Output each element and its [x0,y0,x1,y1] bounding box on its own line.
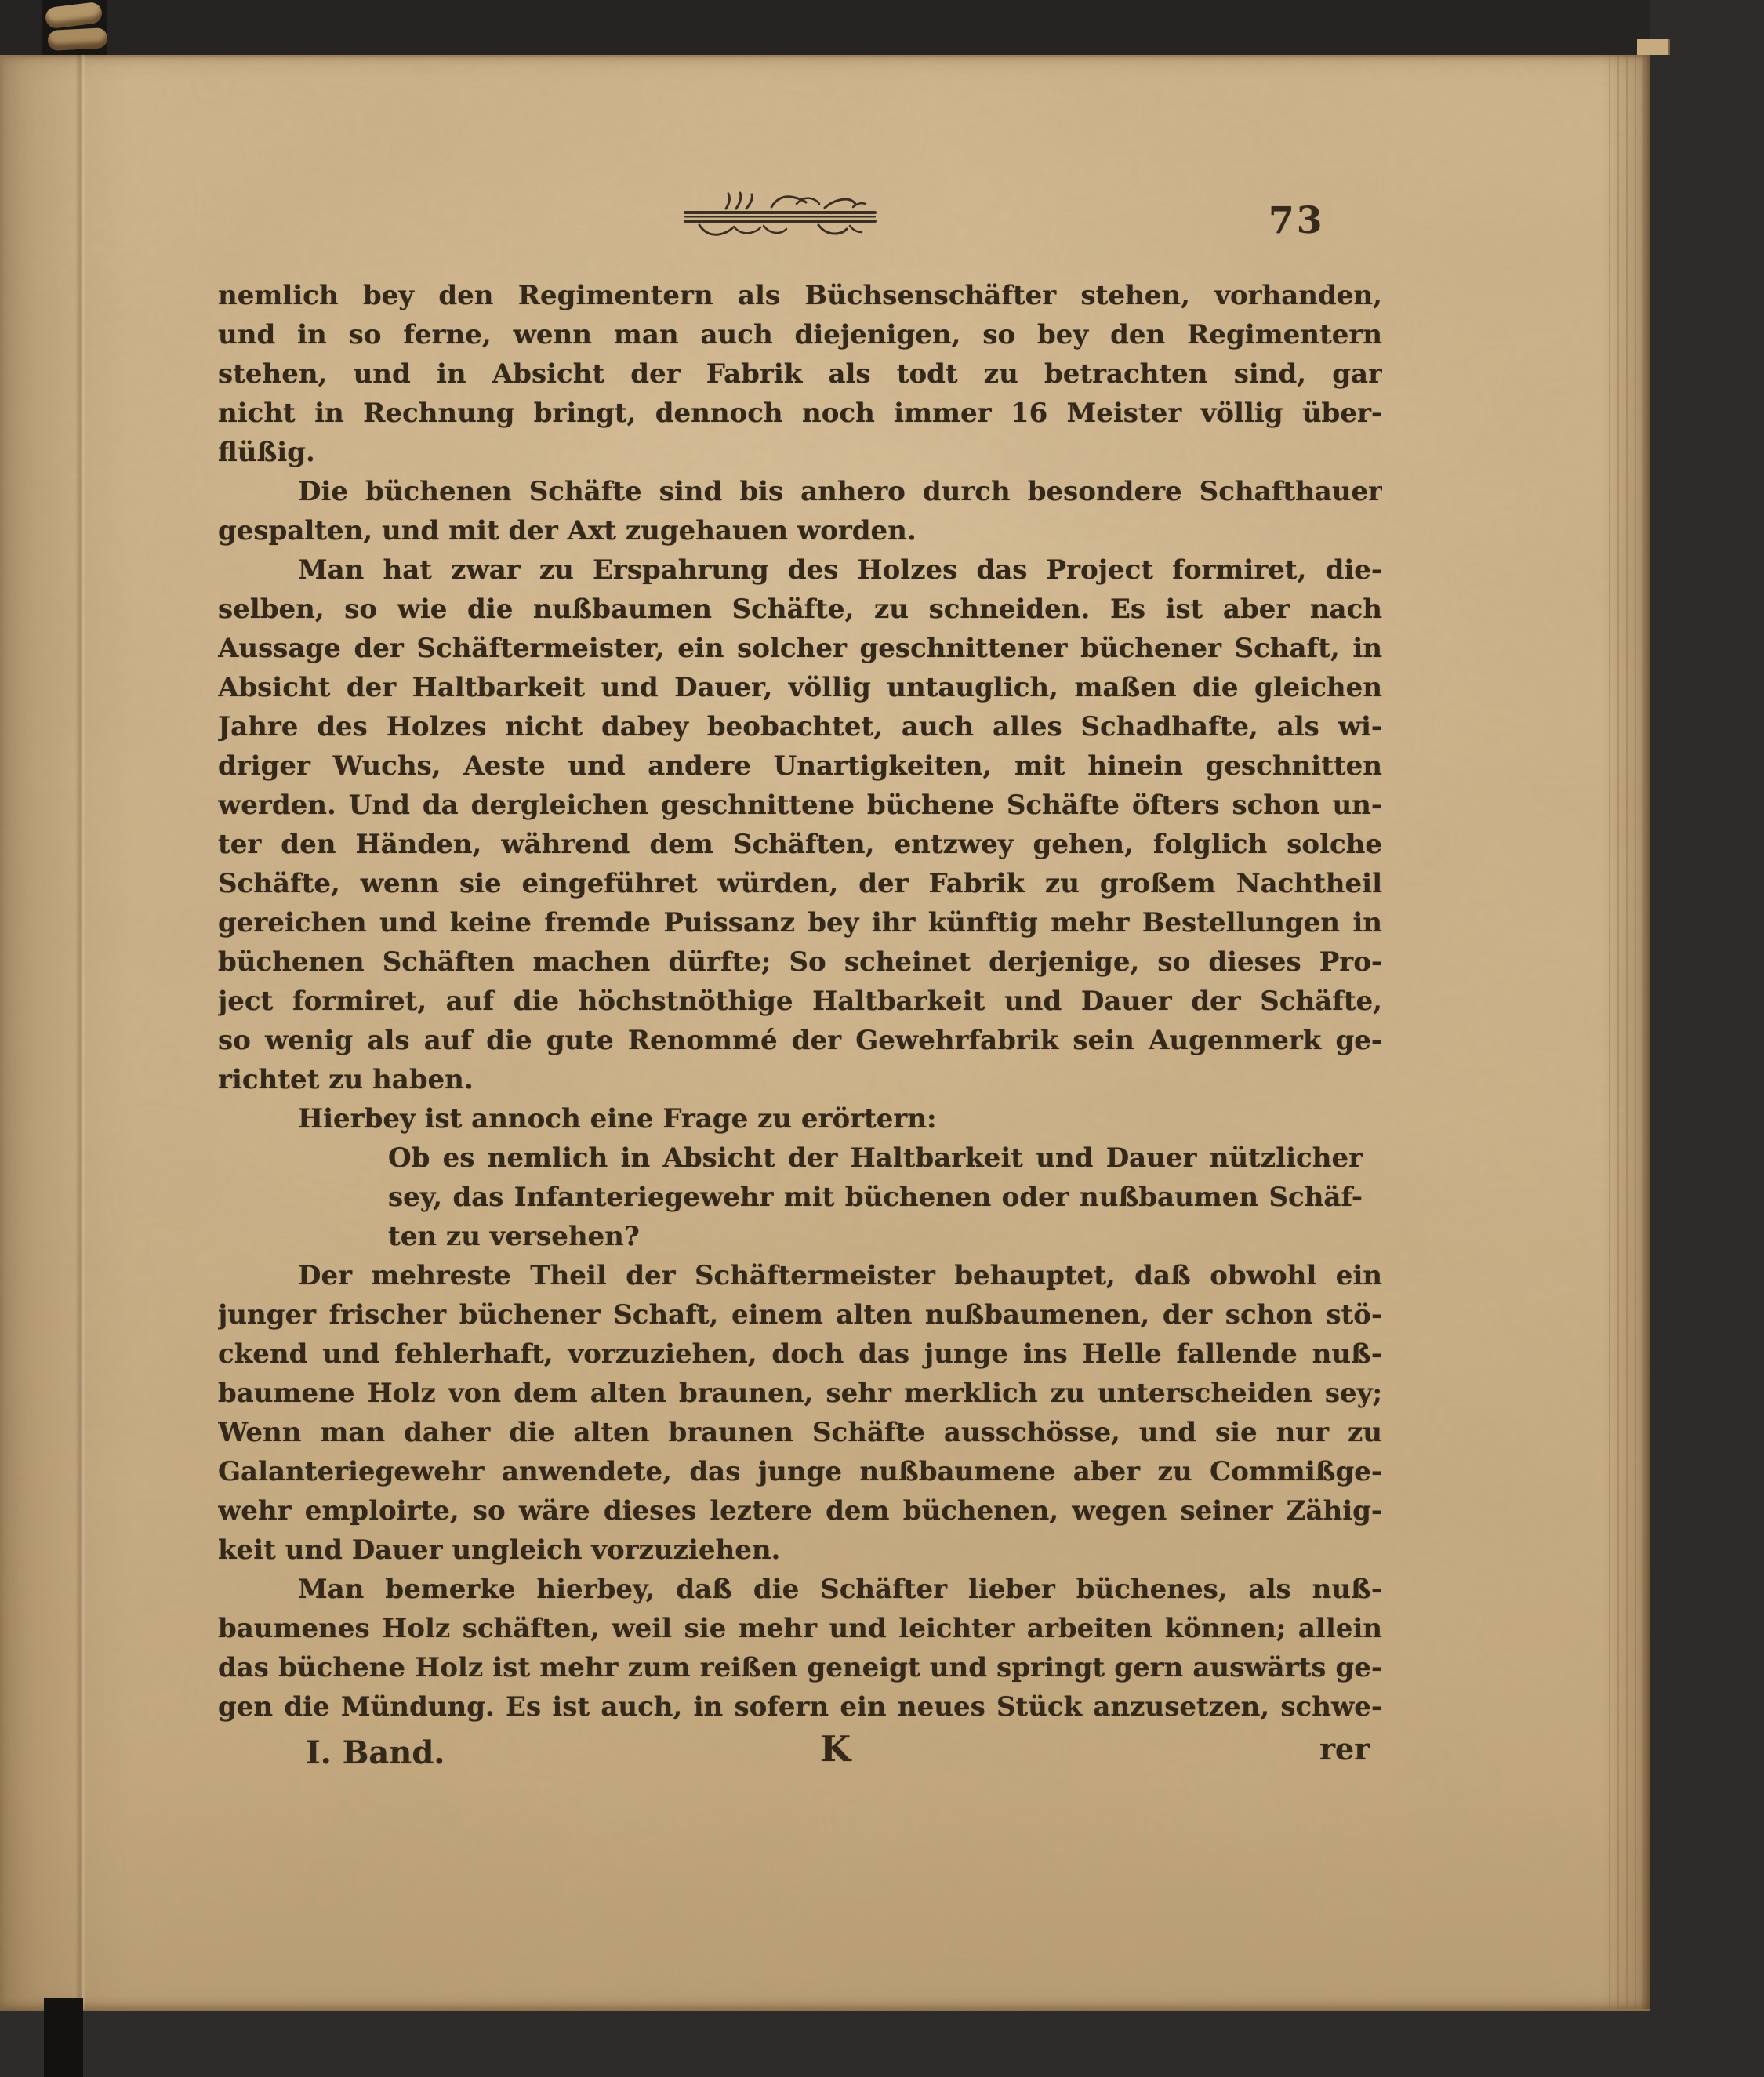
text-line: Schäfte, wenn sie eingeführet würden, de… [218,864,1382,903]
gutter-crease [75,55,86,2009]
text-line: Der mehreste Theil der Schäftermeister b… [218,1256,1382,1295]
fore-edge-page-layers [1602,55,1650,2009]
text-line: richtet zu haben. [218,1060,1382,1099]
text-line: Absicht der Haltbarkeit und Dauer, völli… [218,668,1382,707]
binding-cord [47,27,107,51]
text-line: und in so ferne, wenn man auch diejenige… [218,315,1382,354]
text-line: selben, so wie die nußbaumen Schäfte, zu… [218,590,1382,629]
text-line: Man bemerke hierbey, daß die Schäfter li… [218,1570,1382,1609]
volume-signature: I. Band. [306,1734,445,1771]
text-line: wehr emploirte, so wäre dieses leztere d… [218,1491,1382,1531]
text-line: Ob es nemlich in Absicht der Haltbarkeit… [218,1138,1363,1178]
text-line: so wenig als auf die gute Renommé der Ge… [218,1021,1382,1060]
text-line: baumenes Holz schäften, weil sie mehr un… [218,1609,1382,1648]
text-line: Aussage der Schäftermeister, ein solcher… [218,629,1382,668]
text-line: das büchene Holz ist mehr zum reißen gen… [218,1648,1382,1687]
text-line: gen die Mündung. Es ist auch, in sofern … [218,1687,1382,1727]
text-line: ter den Händen, während dem Schäften, en… [218,825,1382,864]
catchword: rer [1319,1731,1370,1767]
text-line: ject formiret, auf die höchstnöthige Hal… [218,982,1382,1021]
text-line: Galanteriegewehr anwendete, das junge nu… [218,1452,1382,1491]
text-line: sey, das Infanteriegewehr mit büchenen o… [218,1178,1363,1217]
text-line: ten zu versehen? [218,1217,1363,1256]
binding-top-band [0,0,1650,55]
text-line: keit und Dauer ungleich vorzuziehen. [218,1531,1382,1570]
page-number: 73 [1269,199,1324,242]
text-line: nemlich bey den Regimentern als Büchsens… [218,276,1382,315]
text-line: flüßig. [218,433,1382,472]
text-line: gespalten, und mit der Axt zugehauen wor… [218,511,1382,550]
text-line: büchenen Schäften machen dürfte; So sche… [218,942,1382,982]
text-line: junger frischer büchener Schaft, einem a… [218,1295,1382,1334]
text-line: werden. Und da dergleichen geschnittene … [218,786,1382,825]
text-line: stehen, und in Absicht der Fabrik als to… [218,354,1382,394]
text-line: ckend und fehlerhaft, vorzuziehen, doch … [218,1334,1382,1374]
gathering-mark: K [820,1728,851,1770]
text-line: Man hat zwar zu Erspahrung des Holzes da… [218,550,1382,590]
page-corner-step [1637,39,1670,55]
text-line: Hierbey ist annoch eine Frage zu erörter… [218,1099,1382,1138]
text-line: Jahre des Holzes nicht dabey beobachtet,… [218,707,1382,746]
text-line: Wenn man daher die alten braunen Schäfte… [218,1413,1382,1452]
text-line: nicht in Rechnung bringt, dennoch noch i… [218,394,1382,433]
text-line: gereichen und keine fremde Puissanz bey … [218,903,1382,942]
text-block: nemlich bey den Regimentern als Büchsens… [218,276,1382,1727]
header-ornament-icon [679,191,881,240]
text-line: driger Wuchs, Aeste und andere Unartigke… [218,746,1382,786]
spine-shadow [44,1998,83,2077]
text-line: Die büchenen Schäfte sind bis anhero dur… [218,472,1382,511]
text-line: baumene Holz von dem alten braunen, sehr… [218,1374,1382,1413]
